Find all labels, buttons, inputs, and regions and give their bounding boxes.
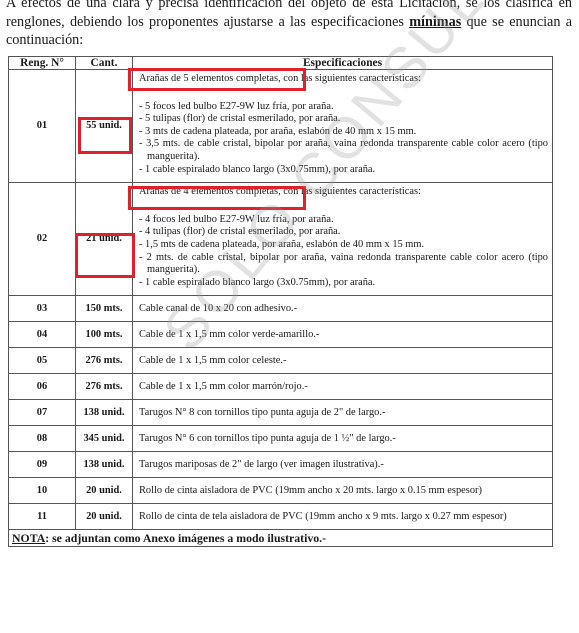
cant-cell: 345 unid. [76, 426, 133, 452]
cant-cell: 276 mts. [76, 348, 133, 374]
list-item: - 4 tulipas (flor) de cristal esmerilado… [139, 226, 548, 239]
list-item: - 3 mts de cadena plateada, por araña, e… [139, 126, 548, 139]
cant-cell: 20 unid. [76, 478, 133, 504]
spec-cell: Rollo de cinta aisladora de PVC (19mm an… [133, 478, 553, 504]
nota-label: NOTA [12, 531, 45, 545]
highlight-box-row02-cant [75, 233, 135, 278]
list-item: - 4 focos led bulbo E27-9W luz fría, por… [139, 214, 548, 227]
spec-list: - 4 focos led bulbo E27-9W luz fría, por… [139, 214, 548, 290]
reng-cell: 03 [9, 296, 76, 322]
list-item: - 2 mts. de cable cristal, bipolar por a… [139, 252, 548, 277]
reng-cell: 04 [9, 322, 76, 348]
table-row: 09 138 unid. Tarugos mariposas de 2" de … [9, 452, 553, 478]
spec-cell: Cable canal de 10 x 20 con adhesivo.- [133, 296, 553, 322]
highlight-box-row01-cant [78, 117, 132, 154]
table-row: 08 345 unid. Tarugos N° 6 con tornillos … [9, 426, 553, 452]
reng-cell: 08 [9, 426, 76, 452]
reng-cell: 07 [9, 400, 76, 426]
table-row: 03 150 mts. Cable canal de 10 x 20 con a… [9, 296, 553, 322]
reng-cell: 02 [9, 183, 76, 296]
nota-row: NOTA: se adjuntan como Anexo imágenes a … [9, 530, 553, 547]
cant-cell: 100 mts. [76, 322, 133, 348]
list-item: - 1,5 mts de cadena plateada, por araña,… [139, 239, 548, 252]
reng-cell: 10 [9, 478, 76, 504]
table-row: 10 20 unid. Rollo de cinta aisladora de … [9, 478, 553, 504]
list-item: - 1 cable espiralado blanco largo (3x0.7… [139, 277, 548, 290]
reng-cell: 06 [9, 374, 76, 400]
list-item: - 3,5 mts. de cable cristal, bipolar por… [139, 138, 548, 163]
header-reng: Reng. N° [9, 57, 76, 70]
reng-cell: 11 [9, 504, 76, 530]
reng-cell: 05 [9, 348, 76, 374]
highlight-box-row01-lead [128, 68, 306, 91]
header-cant: Cant. [76, 57, 133, 70]
spec-cell: Rollo de cinta de tela aisladora de PVC … [133, 504, 553, 530]
cant-cell: 138 unid. [76, 452, 133, 478]
nota-text: : se adjuntan como Anexo imágenes a modo… [45, 531, 326, 545]
list-item: - 5 tulipas (flor) de cristal esmerilado… [139, 113, 548, 126]
list-item: - 5 focos led bulbo E27-9W luz fría, por… [139, 101, 548, 114]
reng-cell: 01 [9, 70, 76, 183]
nota-cell: NOTA: se adjuntan como Anexo imágenes a … [9, 530, 553, 547]
table-row: 05 276 mts. Cable de 1 x 1,5 mm color ce… [9, 348, 553, 374]
highlight-box-row02-lead [128, 186, 306, 210]
list-item: - 1 cable espiralado blanco largo (3x0.7… [139, 164, 548, 177]
spec-cell: Tarugos N° 6 con tornillos tipo punta ag… [133, 426, 553, 452]
cant-cell: 20 unid. [76, 504, 133, 530]
cant-cell: 150 mts. [76, 296, 133, 322]
reng-cell: 09 [9, 452, 76, 478]
spec-cell: Tarugos mariposas de 2" de largo (ver im… [133, 452, 553, 478]
table-row: 04 100 mts. Cable de 1 x 1,5 mm color ve… [9, 322, 553, 348]
spec-cell: Cable de 1 x 1,5 mm color marrón/rojo.- [133, 374, 553, 400]
cant-cell: 276 mts. [76, 374, 133, 400]
table-row: 11 20 unid. Rollo de cinta de tela aisla… [9, 504, 553, 530]
spec-cell: Cable de 1 x 1,5 mm color celeste.- [133, 348, 553, 374]
spec-cell: Tarugos N° 8 con tornillos tipo punta ag… [133, 400, 553, 426]
table-row: 06 276 mts. Cable de 1 x 1,5 mm color ma… [9, 374, 553, 400]
intro-paragraph: A efectos de una clara y precisa identif… [6, 0, 572, 50]
spec-cell: Cable de 1 x 1,5 mm color verde-amarillo… [133, 322, 553, 348]
intro-emphasis: mínimas [409, 14, 461, 30]
spec-list: - 5 focos led bulbo E27-9W luz fría, por… [139, 101, 548, 177]
cant-cell: 138 unid. [76, 400, 133, 426]
table-row: 07 138 unid. Tarugos N° 8 con tornillos … [9, 400, 553, 426]
